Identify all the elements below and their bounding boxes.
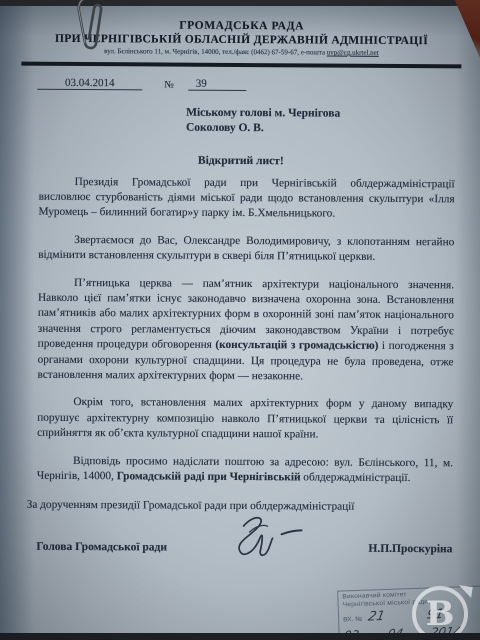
paragraph-1: Президія Громадської ради при Чернігівсь…	[38, 174, 454, 223]
paragraph-2: Звертаємося до Вас, Олександре Володимир…	[38, 232, 454, 265]
letter-body: Президія Громадської ради при Чернігівсь…	[37, 174, 455, 486]
paperclip-icon	[72, 0, 114, 54]
letter-number: 39	[188, 77, 246, 90]
recipient-line2: Соколову О. В.	[186, 120, 480, 137]
handwritten-signature	[220, 512, 316, 568]
watermark-triangle-icon	[457, 585, 472, 598]
letterhead-divider	[21, 62, 461, 68]
number-sign: №	[164, 79, 174, 90]
reference-line: 03.04.2014 № 39	[37, 76, 480, 92]
paragraph-5: Відповідь просимо надіслати поштою за ад…	[37, 453, 453, 486]
watermark-letter: В	[426, 594, 455, 634]
stamp-number-handwritten-1: 21	[367, 609, 386, 625]
org-address-text: вул. Бєлінського 11, м. Чернігів, 14000,…	[104, 47, 327, 56]
stamp-number-label: ВХ. №	[343, 616, 362, 624]
letter-subject: Відкритий лист!	[1, 153, 480, 168]
recipient-block: Міському голові м. Чернігова Соколову О.…	[186, 105, 480, 137]
paragraph-5-bold: Громадській раді при Чернігівській	[117, 470, 301, 483]
paragraph-4: Окрім того, встановлення малих архітекту…	[37, 395, 453, 444]
letter-paper: ГРОМАДСЬКА РАДА ПРИ ЧЕРНІГІВСЬКІЙ ОБЛАСН…	[0, 5, 480, 635]
paragraph-3-bold: (консультацій з громадськістю)	[215, 339, 378, 352]
signer-position: Голова Громадської ради	[36, 541, 167, 554]
letter-content: ГРОМАДСЬКА РАДА ПРИ ЧЕРНІГІВСЬКІЙ ОБЛАСН…	[0, 10, 480, 577]
document-photo: ГРОМАДСЬКА РАДА ПРИ ЧЕРНІГІВСЬКІЙ ОБЛАСН…	[0, 0, 480, 640]
recipient-line1: Міському голові м. Чернігова	[186, 105, 480, 122]
signature-row: Голова Громадської ради Н.П.Проскуріна	[36, 519, 452, 577]
letter-date: 03.04.2014	[37, 76, 142, 90]
signer-name: Н.П.Проскуріна	[368, 543, 452, 556]
paragraph-5-text2: облдержадміністрації.	[300, 471, 410, 484]
photo-bottom-edge	[0, 633, 480, 640]
signature-scribble-icon	[220, 512, 316, 565]
org-email: uvp@cg.ukrtel.net	[327, 49, 379, 57]
paragraph-3: П’ятницька церква — пам’ятник архітектур…	[37, 275, 454, 385]
